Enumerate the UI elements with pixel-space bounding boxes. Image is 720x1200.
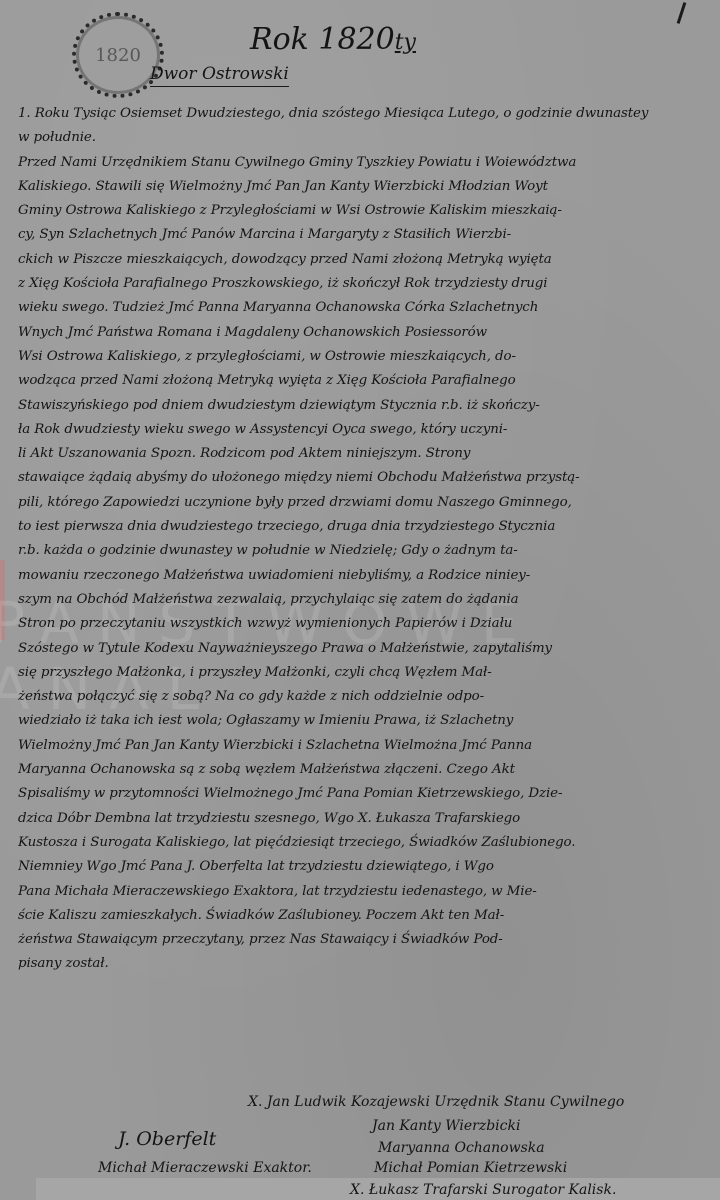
record-line: Wnych Jmć Państwa Romana i Magdaleny Och… (18, 321, 708, 345)
record-line: Przed Nami Urzędnikiem Stanu Cywilnego G… (18, 151, 708, 175)
record-line: Maryanna Ochanowska są z sobą węzłem Mał… (18, 758, 708, 782)
record-line: w południe. (18, 126, 708, 150)
record-line: z Xięg Kościoła Parafialnego Proszkowski… (18, 272, 708, 296)
record-line: Spisaliśmy w przytomności Wielmożnego Jm… (18, 782, 708, 806)
record-line: 1. Roku Tysiąc Osiemset Dwudziestego, dn… (18, 102, 708, 126)
record-line: Kaliskiego. Stawili się Wielmożny Jmć Pa… (18, 175, 708, 199)
signature-groom: Jan Kanty Wierzbicki (372, 1118, 520, 1134)
record-line: wieku swego. Tudzież Jmć Panna Maryanna … (18, 296, 708, 320)
signature-witness-kietrzewski: Michał Pomian Kietrzewski (374, 1160, 567, 1176)
record-line: pili, którego Zapowiedzi uczynione były … (18, 491, 708, 515)
record-line: wodząca przed Nami złożoną Metryką wyięt… (18, 369, 708, 393)
record-line: ckich w Piszcze mieszkaiących, dowodzący… (18, 248, 708, 272)
document-page: PAŃSTWOWE ANAL 1820 Rok 1820ty Dwor Ostr… (0, 0, 720, 1200)
record-line: ście Kaliszu zamieszkałych. Świadków Zaś… (18, 904, 708, 928)
year-suffix: ty (395, 30, 416, 55)
record-line: się przyszłego Małżonka, i przyszłey Mał… (18, 661, 708, 685)
stamp-text: 1820 (95, 45, 141, 66)
signature-witness-mieraczewski: Michał Mieraczewski Exaktor. (98, 1160, 312, 1176)
record-line: cy, Syn Szlachetnych Jmć Panów Marcina i… (18, 223, 708, 247)
record-line: Kustosza i Surogata Kaliskiego, lat pięć… (18, 831, 708, 855)
record-line: pisany został. (18, 952, 708, 976)
year-title-text: Rok 1820 (250, 22, 395, 57)
record-line: żeństwa połączyć się z sobą? Na co gdy k… (18, 685, 708, 709)
record-line: szym na Obchód Małżeństwa zezwalaią, prz… (18, 588, 708, 612)
record-line: mowaniu rzeczonego Małżeństwa uwiadomien… (18, 564, 708, 588)
record-line: r.b. każda o godzinie dwunastey w połudn… (18, 539, 708, 563)
record-line: Niemniey Wgo Jmć Pana J. Oberfelta lat t… (18, 855, 708, 879)
record-line: dzica Dóbr Dembna lat trzydziestu szesne… (18, 807, 708, 831)
record-line: żeństwa Stawaiącym przeczytany, przez Na… (18, 928, 708, 952)
record-line: Wsi Ostrowa Kaliskiego, z przyległościam… (18, 345, 708, 369)
place-title: Dwor Ostrowski (150, 64, 289, 87)
signature-witness-oberfelt: J. Oberfelt (118, 1128, 216, 1150)
record-line: Gminy Ostrowa Kaliskiego z Przyległościa… (18, 199, 708, 223)
record-line: Stawiszyńskiego pod dniem dwudziestym dz… (18, 394, 708, 418)
signature-witness-trafarski: X. Łukasz Trafarski Surogator Kalisk. (350, 1182, 616, 1198)
record-line: Szóstego w Tytule Kodexu Nayważnieyszego… (18, 637, 708, 661)
signature-bride: Maryanna Ochanowska (378, 1140, 545, 1156)
record-line: wiedziało iż taka ich iest wola; Ogłasza… (18, 709, 708, 733)
signature-official: X. Jan Ludwik Kozajewski Urzędnik Stanu … (248, 1094, 624, 1110)
record-line: to iest pierwsza dnia dwudziestego trzec… (18, 515, 708, 539)
record-line: li Akt Uszanowania Spozn. Rodzicom pod A… (18, 442, 708, 466)
year-title: Rok 1820ty (250, 22, 416, 57)
record-line: Pana Michała Mieraczewskiego Exaktora, l… (18, 880, 708, 904)
red-edge-strip (0, 560, 5, 640)
record-line: stawaiące żądaią abyśmy do ułożonego mię… (18, 466, 708, 490)
record-line: Stron po przeczytaniu wszystkich wzwyż w… (18, 612, 708, 636)
record-line: Wielmożny Jmć Pan Jan Kanty Wierzbicki i… (18, 734, 708, 758)
page-number-mark (677, 2, 687, 24)
record-body: 1. Roku Tysiąc Osiemset Dwudziestego, dn… (18, 102, 708, 977)
record-line: ła Rok dwudziesty wieku swego w Assysten… (18, 418, 708, 442)
